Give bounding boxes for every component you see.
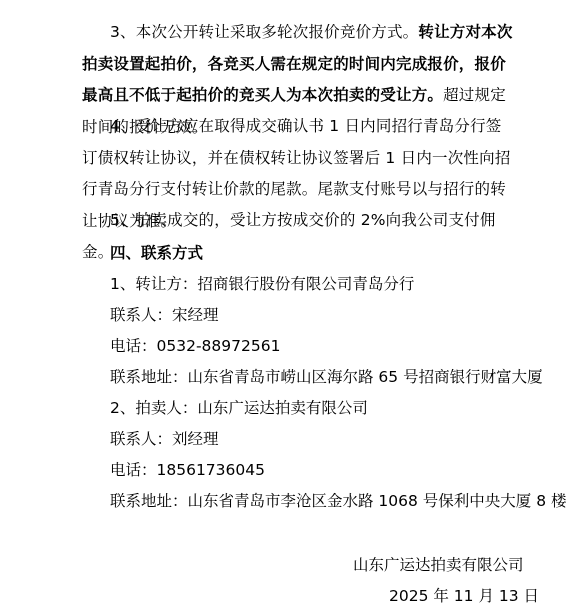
auctioneer-contact-person: 联系人：刘经理 — [110, 429, 219, 449]
document-page: 3、本次公开转让采取多轮次报价竞价方式。转让方对本次拍卖设置起拍价，各竞买人需在… — [0, 0, 588, 614]
transferor-party: 1、转让方：招商银行股份有限公司青岛分行 — [110, 274, 414, 294]
auctioneer-address: 联系地址：山东省青岛市李沧区金水路 1068 号保利中央大厦 8 楼 — [110, 491, 567, 511]
transferor-contact-person: 联系人：宋经理 — [110, 305, 219, 325]
auctioneer-phone: 电话：18561736045 — [110, 460, 265, 480]
auctioneer-party: 2、拍卖人：山东广运达拍卖有限公司 — [110, 398, 368, 418]
transferor-phone: 电话：0532-88972561 — [110, 336, 280, 356]
transferor-address: 联系地址：山东省青岛市崂山区海尔路 65 号招商银行财富大厦 — [110, 367, 543, 387]
signature-date: 2025 年 11 月 13 日 — [389, 586, 539, 606]
bidding-method-text: 3、本次公开转让采取多轮次报价竞价方式。 — [110, 23, 418, 41]
signature-company: 山东广运达拍卖有限公司 — [353, 555, 524, 575]
section-heading-contact: 四、联系方式 — [110, 243, 203, 263]
